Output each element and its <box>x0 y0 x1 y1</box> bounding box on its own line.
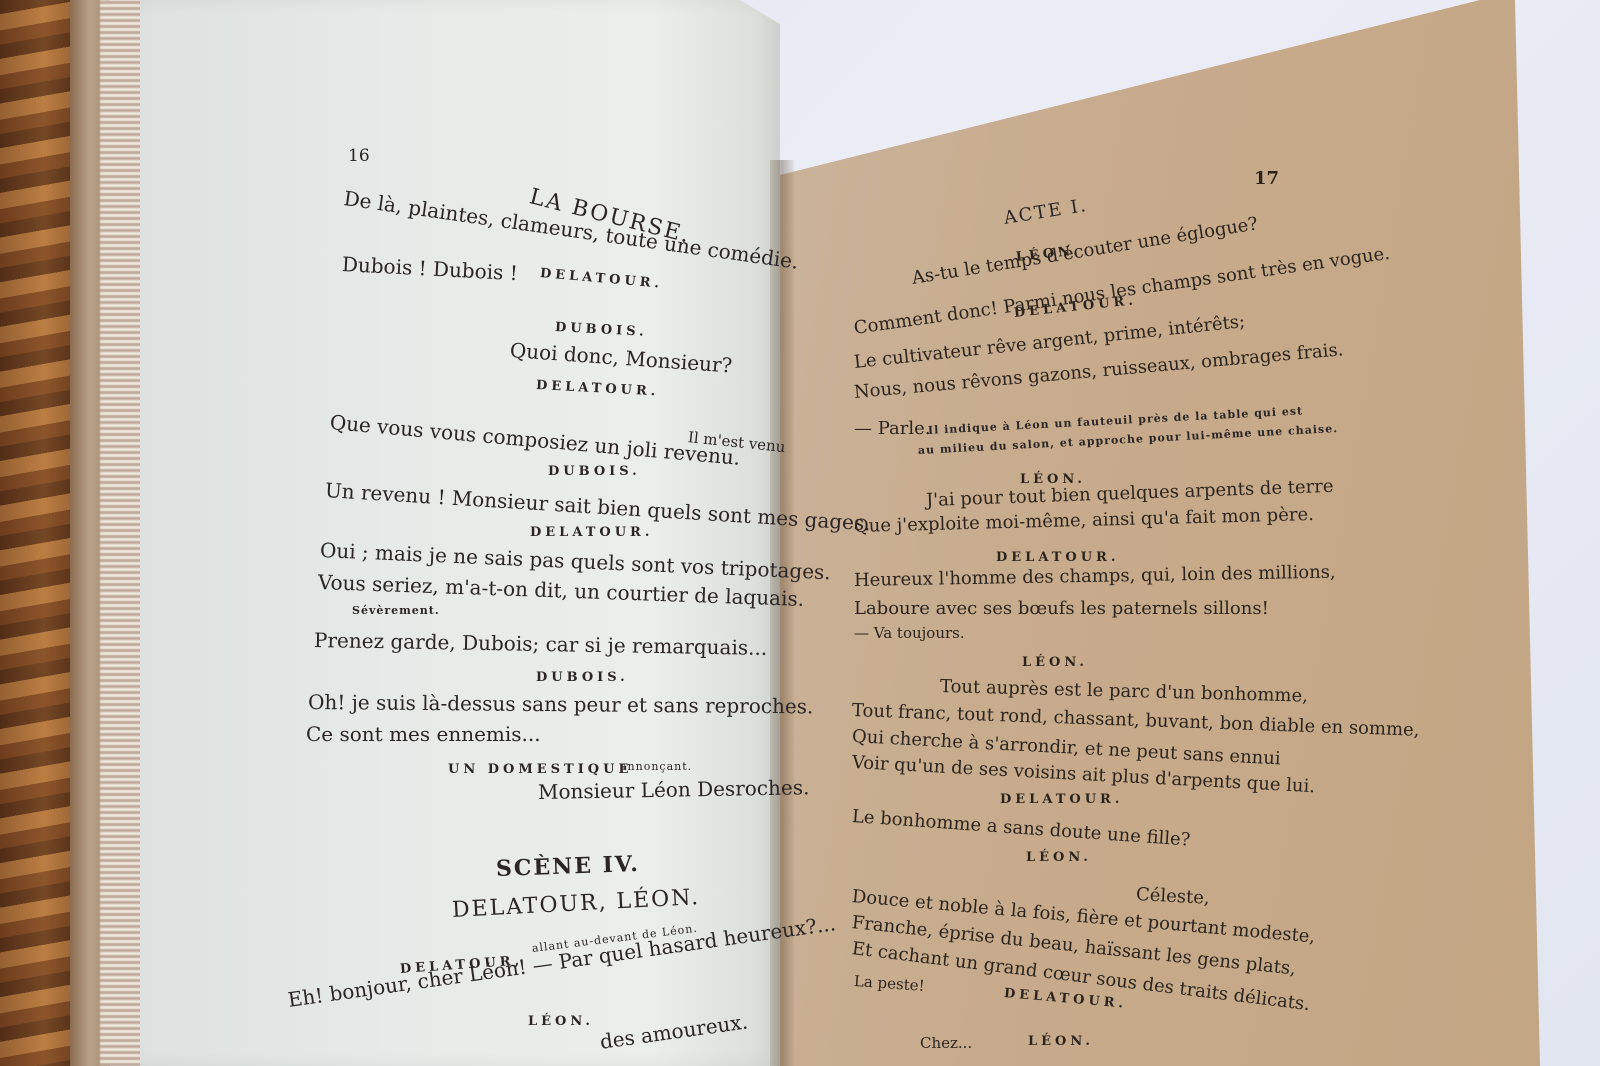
speaker-name: DELATOUR. <box>530 525 653 540</box>
scene-title: SCÈNE IV. <box>496 851 641 882</box>
speaker-name: LÉON. <box>1026 850 1092 865</box>
verse-line: Oh! je suis là-dessus sans peur et sans … <box>308 690 814 718</box>
speaker-name: UN DOMESTIQUE <box>448 762 632 777</box>
speaker-name: LÉON. <box>528 1014 594 1029</box>
verse-line: — Va toujours. <box>854 624 965 642</box>
photo-scene: 16 LA BOURSE. De là, plaintes, clameurs,… <box>0 0 1600 1066</box>
verse-line: Chez... <box>920 1034 972 1052</box>
verse-line: Monsieur Léon Desroches. <box>538 775 810 804</box>
verse-line: — Parle. <box>854 418 931 439</box>
speaker-name: DELATOUR. <box>1000 792 1123 807</box>
page-number-right: 17 <box>1254 168 1279 189</box>
verse-line: Céleste, <box>1135 884 1210 909</box>
stage-direction: Sévèrement. <box>352 604 440 617</box>
speaker-name: DUBOIS. <box>536 670 629 685</box>
speaker-name: LÉON. <box>1022 655 1088 670</box>
speaker-name: DUBOIS. <box>548 464 641 479</box>
speaker-name: LÉON. <box>1028 1034 1094 1049</box>
verse-line: Laboure avec ses bœufs les paternels sil… <box>854 598 1269 619</box>
verse-line: Ce sont mes ennemis... <box>306 722 541 746</box>
stage-direction: annonçant. <box>620 760 692 773</box>
page-number-left: 16 <box>348 146 370 166</box>
speaker-name: DELATOUR. <box>996 550 1119 565</box>
